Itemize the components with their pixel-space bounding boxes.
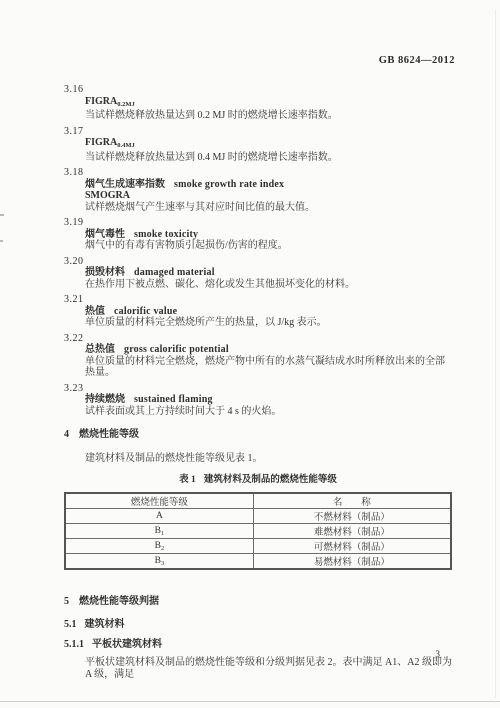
name-cell: 可燃材料（制品） <box>253 539 451 554</box>
page-number: 3 <box>435 650 440 660</box>
table-caption-title: 建筑材料及制品的燃烧性能等级 <box>204 475 337 485</box>
table-1-burning-grades: 燃烧性能等级 名 称 A 不燃材料（制品） B1 难燃材料（制品） B2 可燃材… <box>64 492 452 570</box>
term-english: gross calorific potential <box>124 344 229 355</box>
column-header-grade: 燃烧性能等级 <box>65 493 253 509</box>
clause-number: 3.17 <box>64 126 452 138</box>
clause-number: 3.16 <box>64 84 452 96</box>
document-body: 3.16 FIGRA0.2MJ 当试样燃烧释放热量达到 0.2 MJ 时的燃烧增… <box>64 84 452 681</box>
term-definition: 当试样燃烧释放热量达到 0.4 MJ 时的燃烧增长速率指数。 <box>64 152 452 164</box>
term-symbol: FIGRA <box>85 137 117 148</box>
scan-artifact <box>0 214 4 216</box>
section-5-paragraph: 平板状建筑材料及制品的燃烧性能等级和分级判据见表 2。表中满足 A1、A2 级即… <box>64 657 452 681</box>
clause-number: 3.22 <box>64 333 452 345</box>
table-row: A 不燃材料（制品） <box>65 509 451 524</box>
column-header-name: 名 称 <box>253 493 451 509</box>
name-cell: 不燃材料（制品） <box>253 509 451 524</box>
section-title: 建筑材料 <box>85 619 125 630</box>
term-entry: 3.20 损毁材料damaged material 在热作用下被点燃、碳化、熔化… <box>64 256 452 291</box>
term-subscript: 0.2MJ <box>117 101 135 108</box>
term-definition: 试样燃烧烟气产生速率与其对应时间比值的最大值。 <box>64 202 452 214</box>
section-title: 燃烧性能等级 <box>79 429 139 440</box>
term-line: 总热值gross calorific potential <box>64 344 452 356</box>
grade-subscript: 1 <box>161 530 164 537</box>
clause-number: 3.23 <box>64 383 452 395</box>
term-definition: 试样表面或其上方持续时间大于 4 s 的火焰。 <box>64 406 452 418</box>
term-entry: 3.22 总热值gross calorific potential 单位质量的材… <box>64 333 452 379</box>
table-caption-label: 表 1 <box>179 475 196 485</box>
term-acronym: SMOGRA <box>64 190 452 202</box>
term-chinese: 损毁材料 <box>85 267 125 278</box>
term-entry: 3.19 烟气毒性smoke toxicity 烟气中的有毒有害物质引起损伤/伤… <box>64 217 452 252</box>
term-english: damaged material <box>134 267 215 278</box>
term-line: 烟气生成速率指数smoke growth rate index <box>64 179 452 191</box>
term-symbol: FIGRA <box>85 96 117 107</box>
term-line: FIGRA0.4MJ <box>64 137 452 152</box>
grade-base: A <box>156 511 163 521</box>
term-chinese: 持续燃烧 <box>85 394 125 405</box>
term-line: 损毁材料damaged material <box>64 267 452 279</box>
term-entry: 3.23 持续燃烧sustained flaming 试样表面或其上方持续时间大… <box>64 383 452 418</box>
clause-number: 3.21 <box>64 294 452 306</box>
grade-cell: B2 <box>65 539 253 554</box>
table-1-caption: 表 1建筑材料及制品的燃烧性能等级 <box>64 474 452 486</box>
section-5-1-1-heading: 5.1.1平板状建筑材料 <box>64 639 452 651</box>
term-chinese: 烟气生成速率指数 <box>85 179 165 190</box>
term-entry: 3.18 烟气生成速率指数smoke growth rate index SMO… <box>64 167 452 213</box>
section-number: 5.1.1 <box>64 639 84 650</box>
term-english: calorific value <box>114 306 177 317</box>
table-row: B1 难燃材料（制品） <box>65 524 451 539</box>
term-entry: 3.21 热值calorific value 单位质量的材料完全燃烧所产生的热量… <box>64 294 452 329</box>
section-5-1-heading: 5.1建筑材料 <box>64 619 452 631</box>
section-number: 4 <box>64 429 69 440</box>
grade-subscript: 3 <box>161 560 164 567</box>
grade-cell: A <box>65 509 253 524</box>
name-cell: 难燃材料（制品） <box>253 524 451 539</box>
section-number: 5 <box>64 596 69 607</box>
term-line: FIGRA0.2MJ <box>64 96 452 111</box>
term-chinese: 烟气毒性 <box>85 229 125 240</box>
name-cell: 易燃材料（制品） <box>253 554 451 570</box>
grade-cell: B3 <box>65 554 253 570</box>
standard-number-header: GB 8624—2012 <box>379 55 455 66</box>
term-chinese: 热值 <box>85 306 105 317</box>
term-definition: 在热作用下被点燃、碳化、熔化或发生其他损坏变化的材料。 <box>64 279 452 291</box>
clause-number: 3.19 <box>64 217 452 229</box>
scan-right-edge <box>495 10 496 698</box>
grade-cell: B1 <box>65 524 253 539</box>
section-number: 5.1 <box>64 619 77 630</box>
term-definition: 烟气中的有毒有害物质引起损伤/伤害的程度。 <box>64 240 452 252</box>
section-4-heading: 4燃烧性能等级 <box>64 429 452 441</box>
scanned-document-page: GB 8624—2012 3.16 FIGRA0.2MJ 当试样燃烧释放热量达到… <box>0 0 500 708</box>
table-header-row: 燃烧性能等级 名 称 <box>65 493 451 509</box>
term-definition: 当试样燃烧释放热量达到 0.2 MJ 时的燃烧增长速率指数。 <box>64 110 452 122</box>
table-row: B3 易燃材料（制品） <box>65 554 451 570</box>
table-row: B2 可燃材料（制品） <box>65 539 451 554</box>
section-title: 燃烧性能等级判据 <box>79 596 159 607</box>
clause-number: 3.20 <box>64 256 452 268</box>
term-line: 热值calorific value <box>64 306 452 318</box>
term-definition: 单位质量的材料完全燃烧所产生的热量，以 J/kg 表示。 <box>64 317 452 329</box>
term-definition: 单位质量的材料完全燃烧，燃烧产物中所有的水蒸气凝结成水时所释放出来的全部热量。 <box>64 356 452 379</box>
scan-artifact <box>0 240 3 242</box>
term-english: smoke growth rate index <box>174 179 284 190</box>
section-4-paragraph: 建筑材料及制品的燃烧性能等级见表 1。 <box>64 453 452 465</box>
term-chinese: 总热值 <box>85 344 115 355</box>
term-line: 烟气毒性smoke toxicity <box>64 229 452 241</box>
term-subscript: 0.4MJ <box>117 142 135 149</box>
section-5-heading: 5燃烧性能等级判据 <box>64 596 452 608</box>
term-entry: 3.17 FIGRA0.4MJ 当试样燃烧释放热量达到 0.4 MJ 时的燃烧增… <box>64 126 452 164</box>
term-english: smoke toxicity <box>134 229 198 240</box>
clause-number: 3.18 <box>64 167 452 179</box>
term-entry: 3.16 FIGRA0.2MJ 当试样燃烧释放热量达到 0.2 MJ 时的燃烧增… <box>64 84 452 122</box>
term-english: sustained flaming <box>134 394 213 405</box>
section-title: 平板状建筑材料 <box>92 639 162 650</box>
term-line: 持续燃烧sustained flaming <box>64 394 452 406</box>
scan-bottom-edge <box>0 701 500 702</box>
grade-subscript: 2 <box>161 545 164 552</box>
